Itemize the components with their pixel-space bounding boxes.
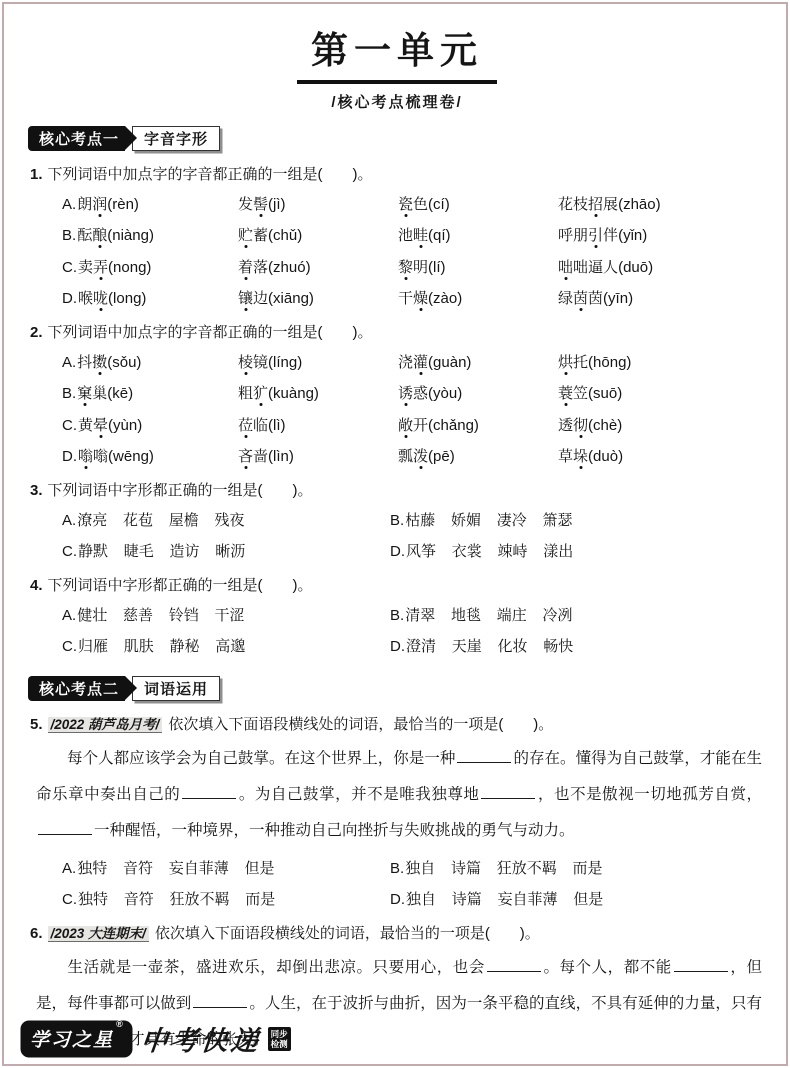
word: 透彻(chè) <box>558 417 622 434</box>
option-cell: 镶边(xiāng) <box>238 283 398 315</box>
word: 诱惑(yòu) <box>398 385 462 402</box>
emphasis-dot-char: 酿 <box>92 227 107 244</box>
section-arrow-icon <box>125 676 137 700</box>
option-cell: C.归雁肌肤静秘高邈 <box>62 631 390 663</box>
option-row: A.健壮慈善铃铛干涩B.清翠地毯端庄冷冽 <box>30 600 764 632</box>
word: 发髻(jì) <box>238 196 286 213</box>
option-cell: 干燥(zào) <box>398 283 558 315</box>
sections-container: 核心考点一字音字形1.下列词语中加点字的字音都正确的一组是( )。A.朗润(rè… <box>30 126 764 1062</box>
question-number: 3. <box>30 482 43 499</box>
word: 竦峙 <box>498 543 528 560</box>
question-stem: 3.下列词语中字形都正确的一组是( )。 <box>30 476 764 505</box>
word: 朗润(rèn) <box>77 196 139 213</box>
word: 铃铛 <box>169 607 199 624</box>
word: 残夜 <box>214 512 244 529</box>
emphasis-dot-char: 诱 <box>398 385 413 402</box>
option-row: C.独特音符狂放不羁而是D.独自诗篇妄自菲薄但是 <box>30 884 764 916</box>
emphasis-dot-char: 垛 <box>573 448 588 465</box>
publisher-footer: 学习之星® 中考快递 同步检测 <box>22 1019 291 1058</box>
option-label: D. <box>62 290 77 307</box>
option-cell: D.独自诗篇妄自菲薄但是 <box>390 884 764 916</box>
emphasis-dot-char: 畦 <box>413 227 428 244</box>
option-row: D.喉咙(long)镶边(xiāng)干燥(zào)绿茵茵(yīn) <box>30 283 764 315</box>
word: 棱镜(líng) <box>238 354 302 371</box>
word: 而是 <box>572 860 602 877</box>
emphasis-dot-char: 犷 <box>253 385 268 402</box>
question: 2.下列词语中加点字的字音都正确的一组是( )。A.抖擞(sǒu)棱镜(líng… <box>30 318 764 473</box>
option-label: D. <box>390 891 405 908</box>
word: 池畦(qí) <box>398 227 451 244</box>
word: 但是 <box>244 860 274 877</box>
option-label: A. <box>62 354 76 371</box>
emphasis-dot-char: 弄 <box>93 259 108 276</box>
option-cell: D.澄清天崖化妆畅快 <box>390 631 764 663</box>
emphasis-dot-char: 嗡 <box>78 448 93 465</box>
question-stem: 4.下列词语中字形都正确的一组是( )。 <box>30 571 764 600</box>
emphasis-dot-char: 泼 <box>413 448 428 465</box>
word: 绿茵茵(yīn) <box>558 290 633 307</box>
series-badge: 同步检测 <box>268 1027 291 1051</box>
option-cell: 着落(zhuó) <box>238 252 398 284</box>
word: 黄晕(yùn) <box>78 417 142 434</box>
option-cell: A.抖擞(sǒu) <box>62 347 238 379</box>
word: 独特 <box>78 891 108 908</box>
word: 草垛(duò) <box>558 448 623 465</box>
emphasis-dot-char: 灌 <box>413 354 428 371</box>
question-number: 1. <box>30 166 43 183</box>
option-cell: 吝啬(lìn) <box>238 441 398 473</box>
word: 静秘 <box>170 638 200 655</box>
option-cell: C.卖弄(nong) <box>62 252 238 284</box>
word: 妄自菲薄 <box>498 891 558 908</box>
word: 冷冽 <box>542 607 572 624</box>
option-cell: B.枯藤娇媚凄冷箫瑟 <box>390 505 764 537</box>
word: 漾出 <box>543 543 573 560</box>
emphasis-dot-char: 招 <box>588 196 603 213</box>
option-cell: B.独自诗篇狂放不羁而是 <box>390 853 764 885</box>
option-cell: 贮蓄(chǔ) <box>238 220 398 252</box>
word: 抖擞(sǒu) <box>77 354 141 371</box>
option-cell: 草垛(duò) <box>558 441 764 473</box>
emphasis-dot-char: 彻 <box>573 417 588 434</box>
option-label: B. <box>390 860 404 877</box>
option-label: B. <box>390 607 404 624</box>
option-cell: 发髻(jì) <box>238 189 398 221</box>
question-stem: 1.下列词语中加点字的字音都正确的一组是( )。 <box>30 160 764 189</box>
word: 诗篇 <box>451 860 481 877</box>
option-cell: C.静默睫毛造访晰沥 <box>62 536 390 568</box>
question: 4.下列词语中字形都正确的一组是( )。A.健壮慈善铃铛干涩B.清翠地毯端庄冷冽… <box>30 571 764 663</box>
option-row: C.黄晕(yùn)莅临(lì)敞开(chǎng)透彻(chè) <box>30 410 764 442</box>
option-cell: D.风筝衣裳竦峙漾出 <box>390 536 764 568</box>
section-badge: 核心考点一 <box>28 126 125 151</box>
option-label: B. <box>62 227 76 244</box>
question-number: 6. <box>30 925 43 942</box>
section-badge: 核心考点二 <box>28 676 125 701</box>
word: 嗡嗡(wēng) <box>78 448 154 465</box>
word: 娇媚 <box>451 512 481 529</box>
word: 音符 <box>124 891 154 908</box>
emphasis-dot-char: 黎 <box>398 259 413 276</box>
exam-source-tag: /2022 葫芦岛月考/ <box>48 717 163 733</box>
option-label: D. <box>62 448 77 465</box>
page-title: 第一单元 <box>297 30 497 84</box>
question: 3.下列词语中字形都正确的一组是( )。A.潦亮花苞屋檐残夜B.枯藤娇媚凄冷箫瑟… <box>30 476 764 568</box>
word: 独自 <box>405 860 435 877</box>
option-cell: 瓢泼(pē) <box>398 441 558 473</box>
option-label: D. <box>390 638 405 655</box>
word: 卖弄(nong) <box>78 259 151 276</box>
word: 化妆 <box>498 638 528 655</box>
option-label: C. <box>62 543 77 560</box>
exam-page: 第一单元 /核心考点梳理卷/ 核心考点一字音字形1.下列词语中加点字的字音都正确… <box>0 0 790 1062</box>
option-cell: C.黄晕(yùn) <box>62 410 238 442</box>
word: 枯藤 <box>405 512 435 529</box>
option-label: B. <box>390 512 404 529</box>
word: 潦亮 <box>77 512 107 529</box>
option-cell: A.潦亮花苞屋檐残夜 <box>62 505 390 537</box>
option-label: A. <box>62 512 76 529</box>
word: 澄清 <box>406 638 436 655</box>
question-number: 2. <box>30 324 43 341</box>
word: 贮蓄(chǔ) <box>238 227 302 244</box>
option-row: A.独特音符妄自菲薄但是B.独自诗篇狂放不羁而是 <box>30 853 764 885</box>
option-cell: A.健壮慈善铃铛干涩 <box>62 600 390 632</box>
word: 凄冷 <box>497 512 527 529</box>
emphasis-dot-char: 敞 <box>398 417 413 434</box>
word: 诗篇 <box>452 891 482 908</box>
section-topic-label: 字音字形 <box>132 126 220 151</box>
emphasis-dot-char: 燥 <box>413 290 428 307</box>
emphasis-dot-char: 莅 <box>238 417 253 434</box>
option-row: A.朗润(rèn)发髻(jì)瓷色(cí)花枝招展(zhāo) <box>30 189 764 221</box>
word: 酝酿(niàng) <box>77 227 154 244</box>
emphasis-dot-char: 茵 <box>573 290 588 307</box>
word: 黎明(lí) <box>398 259 446 276</box>
emphasis-dot-char: 棱 <box>238 354 253 371</box>
word: 着落(zhuó) <box>238 259 311 276</box>
section-header: 核心考点二词语运用 <box>28 676 764 701</box>
option-label: C. <box>62 638 77 655</box>
word: 造访 <box>170 543 200 560</box>
word: 肌肤 <box>124 638 154 655</box>
option-cell: 粗犷(kuàng) <box>238 378 398 410</box>
word: 粗犷(kuàng) <box>238 385 319 402</box>
word: 晰沥 <box>215 543 245 560</box>
question: 5./2022 葫芦岛月考/依次填入下面语段横线处的词语，最恰当的一项是( )。… <box>30 710 764 916</box>
option-cell: A.朗润(rèn) <box>62 189 238 221</box>
emphasis-dot-char: 引 <box>588 227 603 244</box>
word: 独特 <box>77 860 107 877</box>
option-label: B. <box>62 385 76 402</box>
section-arrow-icon <box>125 126 137 150</box>
question-number: 5. <box>30 716 43 733</box>
question-passage: 每个人都应该学会为自己鼓掌。在这个世界上，你是一种的存在。懂得为自己鼓掌，才能在… <box>30 739 764 853</box>
word: 花苞 <box>123 512 153 529</box>
word: 镶边(xiāng) <box>238 290 314 307</box>
option-row: C.归雁肌肤静秘高邈D.澄清天崖化妆畅快 <box>30 631 764 663</box>
word: 归雁 <box>78 638 108 655</box>
option-cell: C.独特音符狂放不羁而是 <box>62 884 390 916</box>
word: 衣裳 <box>452 543 482 560</box>
fill-blank-line <box>38 822 92 835</box>
word: 蓑笠(suō) <box>558 385 622 402</box>
option-cell: D.喉咙(long) <box>62 283 238 315</box>
emphasis-dot-char: 窠 <box>77 385 92 402</box>
option-label: C. <box>62 259 77 276</box>
option-row: A.抖擞(sǒu)棱镜(líng)浇灌(guàn)烘托(hōng) <box>30 347 764 379</box>
emphasis-dot-char: 咙 <box>93 290 108 307</box>
word: 浇灌(guàn) <box>398 354 471 371</box>
word: 狂放不羁 <box>170 891 230 908</box>
word: 妄自菲薄 <box>169 860 229 877</box>
emphasis-dot-char: 擞 <box>92 354 107 371</box>
option-cell: 呼朋引伴(yǐn) <box>558 220 764 252</box>
word: 清翠 <box>405 607 435 624</box>
option-cell: D.嗡嗡(wēng) <box>62 441 238 473</box>
word: 高邈 <box>215 638 245 655</box>
option-row: B.酝酿(niàng)贮蓄(chǔ)池畦(qí)呼朋引伴(yǐn) <box>30 220 764 252</box>
title-block: 第一单元 /核心考点梳理卷/ <box>30 30 764 112</box>
word: 天崖 <box>452 638 482 655</box>
section-header: 核心考点一字音字形 <box>28 126 764 151</box>
word: 静默 <box>78 543 108 560</box>
word: 窠巢(kē) <box>77 385 133 402</box>
word: 烘托(hōng) <box>558 354 631 371</box>
word: 呼朋引伴(yǐn) <box>558 227 647 244</box>
word: 端庄 <box>497 607 527 624</box>
fill-blank-line <box>481 786 535 799</box>
option-label: A. <box>62 607 76 624</box>
question-stem: 5./2022 葫芦岛月考/依次填入下面语段横线处的词语，最恰当的一项是( )。 <box>30 710 764 739</box>
fill-blank-line <box>457 750 511 763</box>
option-cell: B.酝酿(niàng) <box>62 220 238 252</box>
option-row: A.潦亮花苞屋檐残夜B.枯藤娇媚凄冷箫瑟 <box>30 505 764 537</box>
option-cell: 莅临(lì) <box>238 410 398 442</box>
option-cell: 敞开(chǎng) <box>398 410 558 442</box>
word: 睫毛 <box>124 543 154 560</box>
word: 风筝 <box>406 543 436 560</box>
word: 健壮 <box>77 607 107 624</box>
option-cell: B.清翠地毯端庄冷冽 <box>390 600 764 632</box>
emphasis-dot-char: 镶 <box>238 290 253 307</box>
emphasis-dot-char: 贮 <box>238 227 253 244</box>
word: 箫瑟 <box>542 512 572 529</box>
option-row: B.窠巢(kē)粗犷(kuàng)诱惑(yòu)蓑笠(suō) <box>30 378 764 410</box>
option-cell: 咄咄逼人(duō) <box>558 252 764 284</box>
emphasis-dot-char: 蓑 <box>558 385 573 402</box>
word: 屋檐 <box>169 512 199 529</box>
word: 敞开(chǎng) <box>398 417 479 434</box>
word: 瓷色(cí) <box>398 196 450 213</box>
word: 地毯 <box>451 607 481 624</box>
option-cell: 花枝招展(zhāo) <box>558 189 764 221</box>
emphasis-dot-char: 烘 <box>558 354 573 371</box>
word: 慈善 <box>123 607 153 624</box>
option-cell: 蓑笠(suō) <box>558 378 764 410</box>
page-subtitle: /核心考点梳理卷/ <box>30 91 764 112</box>
registered-mark-icon: ® <box>116 1019 125 1029</box>
word: 莅临(lì) <box>238 417 286 434</box>
question-stem: 6./2023 大连期末/依次填入下面语段横线处的词语，最恰当的一项是( )。 <box>30 919 764 948</box>
fill-blank-line <box>487 959 541 972</box>
option-row: C.卖弄(nong)着落(zhuó)黎明(lí)咄咄逼人(duō) <box>30 252 764 284</box>
brand-logo: 学习之星® <box>22 1022 131 1056</box>
word: 喉咙(long) <box>78 290 146 307</box>
series-logo: 中考快递 <box>139 1019 263 1058</box>
word: 狂放不羁 <box>497 860 557 877</box>
option-label: C. <box>62 891 77 908</box>
word: 吝啬(lìn) <box>238 448 294 465</box>
fill-blank-line <box>193 995 247 1008</box>
fill-blank-line <box>674 959 728 972</box>
word: 干燥(zào) <box>398 290 462 307</box>
emphasis-dot-char: 髻 <box>253 196 268 213</box>
question-number: 4. <box>30 577 43 594</box>
emphasis-dot-char: 着 <box>238 259 253 276</box>
emphasis-dot-char: 瓷 <box>398 196 413 213</box>
word: 音符 <box>123 860 153 877</box>
word: 而是 <box>245 891 275 908</box>
option-label: A. <box>62 860 76 877</box>
option-cell: 池畦(qí) <box>398 220 558 252</box>
word: 干涩 <box>214 607 244 624</box>
word: 畅快 <box>543 638 573 655</box>
option-cell: 透彻(chè) <box>558 410 764 442</box>
option-cell: 烘托(hōng) <box>558 347 764 379</box>
option-label: D. <box>390 543 405 560</box>
emphasis-dot-char: 咄 <box>558 259 573 276</box>
question-stem: 2.下列词语中加点字的字音都正确的一组是( )。 <box>30 318 764 347</box>
option-cell: 瓷色(cí) <box>398 189 558 221</box>
emphasis-dot-char: 晕 <box>93 417 108 434</box>
option-cell: 棱镜(líng) <box>238 347 398 379</box>
option-cell: B.窠巢(kē) <box>62 378 238 410</box>
option-cell: 黎明(lí) <box>398 252 558 284</box>
word: 咄咄逼人(duō) <box>558 259 653 276</box>
option-cell: A.独特音符妄自菲薄但是 <box>62 853 390 885</box>
word: 但是 <box>573 891 603 908</box>
fill-blank-line <box>182 786 236 799</box>
word: 花枝招展(zhāo) <box>558 196 661 213</box>
question: 1.下列词语中加点字的字音都正确的一组是( )。A.朗润(rèn)发髻(jì)瓷… <box>30 160 764 315</box>
word: 独自 <box>406 891 436 908</box>
emphasis-dot-char: 润 <box>92 196 107 213</box>
option-label: C. <box>62 417 77 434</box>
option-cell: 绿茵茵(yīn) <box>558 283 764 315</box>
option-row: C.静默睫毛造访晰沥D.风筝衣裳竦峙漾出 <box>30 536 764 568</box>
option-cell: 诱惑(yòu) <box>398 378 558 410</box>
option-label: A. <box>62 196 76 213</box>
word: 瓢泼(pē) <box>398 448 455 465</box>
exam-source-tag: /2023 大连期末/ <box>48 926 149 942</box>
option-cell: 浇灌(guàn) <box>398 347 558 379</box>
emphasis-dot-char: 吝 <box>238 448 253 465</box>
option-row: D.嗡嗡(wēng)吝啬(lìn)瓢泼(pē)草垛(duò) <box>30 441 764 473</box>
section-topic-label: 词语运用 <box>132 676 220 701</box>
